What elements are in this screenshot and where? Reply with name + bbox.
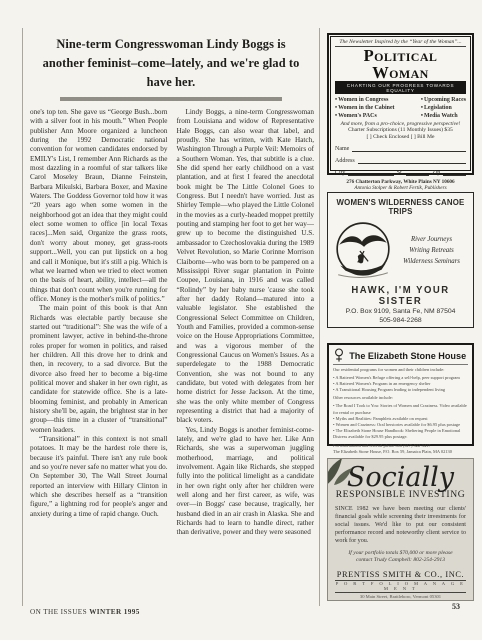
ad-headline: WOMEN'S WILDERNESS CANOE TRIPS [335, 198, 467, 216]
paragraph: Lindy Boggs, a nine-term Congresswoman f… [177, 108, 315, 426]
publisher-names: Antonia Stolper & Robert Fertik, Publish… [335, 185, 466, 191]
service-item: River Journeys [394, 234, 469, 245]
ad-contact-note: If your portfolio totals $70,000 or more… [335, 550, 466, 565]
resource-item: The Road I Took to You: Stories of Women… [333, 403, 468, 415]
state-label: St. [397, 170, 404, 176]
program-item: A Transitional Housing Program leading t… [333, 387, 468, 393]
ad-socially-responsible: Socially RESPONSIBLE INVESTING SINCE 198… [327, 458, 474, 601]
programs-intro: Our residential programs for women and t… [333, 367, 468, 373]
address-label: Address [335, 158, 355, 164]
pull-quote: Nine-term Congresswoman Lindy Boggs is a… [23, 28, 319, 92]
paragraph: “Transitional” in this context is not sm… [30, 435, 168, 519]
article-column-1: one's top ten. She gave us “George Bush.… [30, 108, 168, 600]
leaf-icon [327, 458, 356, 489]
form-row-address: Address [335, 157, 466, 164]
zip-label: Zip [432, 170, 440, 176]
ad-caps-title: RESPONSIBLE INVESTING [335, 489, 466, 500]
company-name: HAWK, I'M YOUR SISTER [335, 285, 465, 307]
magazine-name: ON THE ISSUES [30, 608, 89, 616]
service-item: Writing Retreats [394, 245, 469, 256]
form-row-name: Name [335, 145, 466, 152]
magazine-page: Nine-term Congresswoman Lindy Boggs is a… [0, 0, 482, 640]
name-blank-line [352, 145, 466, 152]
zip-blank-line [443, 169, 466, 176]
form-row-city: City St. Zip [335, 169, 466, 176]
house-title: The Elizabeth Stone House [349, 351, 466, 361]
hawk-canoe-logo-icon [332, 219, 394, 281]
subscription-offer: Charter Subscriptions (11 Monthly Issues… [335, 127, 466, 133]
subscription-form: Name Address City St. Zip [335, 145, 466, 176]
mailing-address: The Elizabeth Stone House, P.O. Box 59, … [333, 449, 468, 455]
newsletter-banner: CHARTING OUR PROGRESS TOWARDS EQUALITY [335, 81, 466, 94]
feature-item: Women in Congress [335, 96, 395, 104]
city-blank-line [348, 169, 393, 176]
resource-item: Women and Craziness: Oral herstories ava… [333, 422, 468, 428]
feature-item: Upcoming Races [421, 96, 466, 104]
house-body: Our residential programs for women and t… [333, 367, 468, 455]
feature-item: Women's PACs [335, 112, 395, 120]
resources-intro: Other resources available include: [333, 395, 468, 401]
article-region: Nine-term Congresswoman Lindy Boggs is a… [22, 28, 320, 606]
name-label: Name [335, 146, 349, 152]
resources-list: The Road I Took to You: Stories of Women… [333, 403, 468, 440]
address-blank-line [358, 157, 466, 164]
company-address: P.O. Box 9109, Santa Fe, NM 87504 [332, 307, 469, 316]
ad-political-woman: The Newsletter Inspired by the “Year of … [327, 33, 474, 175]
feature-item: Legislation [421, 104, 466, 112]
resource-item: The Elizabeth Stone House Handbook: Shel… [333, 428, 468, 440]
firm-tagline: P O R T F O L I O M A N A G E M E N T [335, 581, 466, 593]
firm-name: PRENTISS SMITH & CO., INC. [335, 570, 466, 581]
feature-column-right: Upcoming Races Legislation Media Watch [421, 96, 466, 120]
programs-list: A Battered Women's Refuge offering a sel… [333, 375, 468, 393]
firm-address: 30 Main Street, Brattleboro, Vermont 053… [335, 594, 466, 599]
paragraph: The main point of this book is that Ann … [30, 304, 168, 435]
article-column-2: Lindy Boggs, a nine-term Congresswoman f… [177, 108, 315, 600]
footer-magazine-issue: ON THE ISSUES WINTER 1995 [30, 608, 140, 616]
paragraph: one's top ten. She gave us “George Bush.… [30, 108, 168, 304]
feature-list: Women in Congress Women in the Cabinet W… [335, 96, 466, 120]
service-item: Wilderness Seminars [394, 256, 469, 267]
newsletter-title: Political Woman [335, 47, 466, 81]
page-number: 53 [452, 602, 460, 611]
issue-name: WINTER 1995 [89, 608, 140, 616]
paragraph: Yes, Lindy Boggs is another feminist-com… [177, 426, 315, 538]
contact-note-line1: If your portfolio totals $70,000 or more… [335, 550, 466, 557]
ad-stone-header: The Elizabeth Stone House [333, 348, 468, 365]
feature-column-left: Women in Congress Women in the Cabinet W… [335, 96, 395, 120]
contact-note-line2: contact Trudy Campbell: 802-254-2913 [335, 557, 466, 564]
female-symbol-icon [333, 348, 345, 363]
feature-item: Media Watch [421, 112, 466, 120]
service-list: River Journeys Writing Retreats Wilderne… [394, 234, 469, 267]
ad-canoe-trips: WOMEN'S WILDERNESS CANOE TRIPS River Jou… [327, 192, 474, 328]
payment-checkboxes: [ ] Check Enclosed [ ] Bill Me [335, 134, 466, 140]
state-blank-line [406, 169, 429, 176]
city-label: City [335, 170, 345, 176]
ad-canoe-middle: River Journeys Writing Retreats Wilderne… [332, 219, 469, 281]
ad-political-woman-inner: The Newsletter Inspired by the “Year of … [330, 36, 471, 171]
feature-item: Women in the Cabinet [335, 104, 395, 112]
article-columns: one's top ten. She gave us “George Bush.… [23, 101, 319, 600]
ad-body-copy: SINCE 1982 we have been meeting our clie… [335, 505, 466, 545]
ad-stone-house: The Elizabeth Stone House Our residentia… [327, 343, 474, 446]
company-phone: 505-984-2268 [332, 316, 469, 325]
